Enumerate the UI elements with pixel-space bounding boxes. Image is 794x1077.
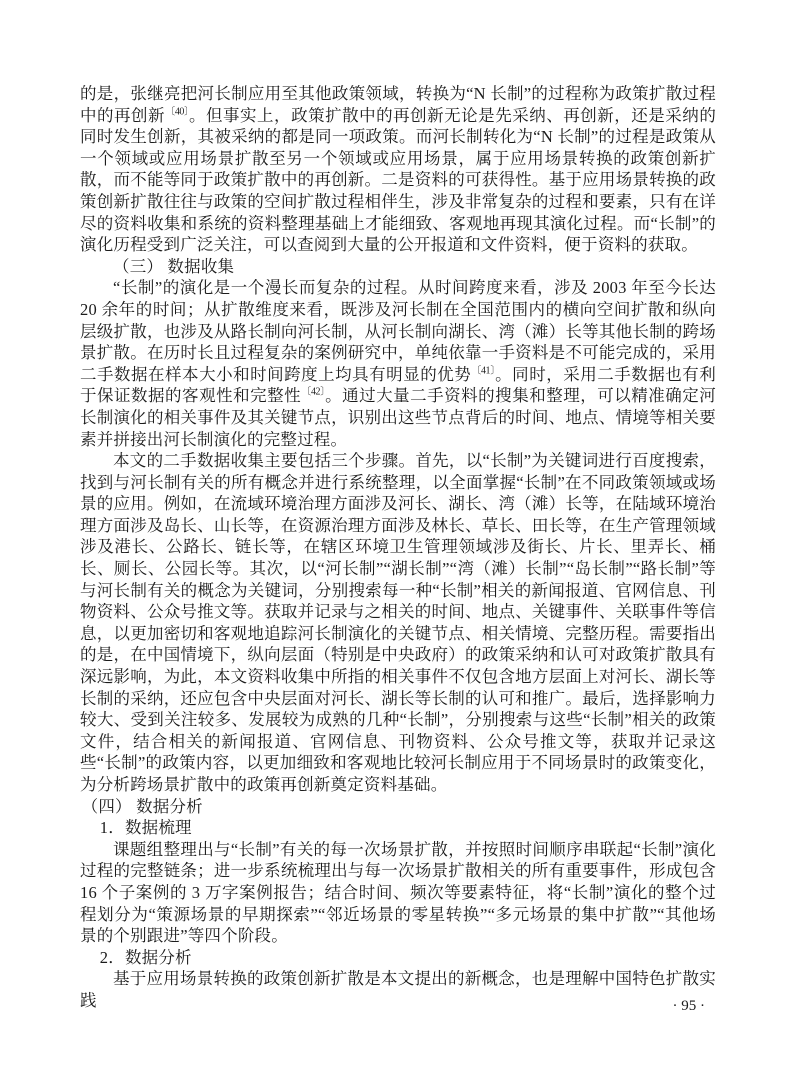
reference-superscript: 〔41〕 xyxy=(471,365,495,376)
subsection-heading-data-sorting: 1．数据梳理 xyxy=(80,817,716,839)
section-heading-data-analysis: （四） 数据分析 xyxy=(80,796,716,818)
text-column: 的是，张继亮把河长制应用至其他政策领域，转换为“N 长制”的过程称为政策扩散过程… xyxy=(80,83,716,1012)
paragraph-re-innovation-discussion: 的是，张继亮把河长制应用至其他政策领域，转换为“N 长制”的过程称为政策扩散过程… xyxy=(80,83,716,256)
document-page: 的是，张继亮把河长制应用至其他政策领域，转换为“N 长制”的过程称为政策扩散过程… xyxy=(0,0,794,1077)
page-number: · 95 · xyxy=(673,996,706,1016)
reference-superscript: 〔40〕 xyxy=(165,106,189,117)
paragraph-data-collection-steps: 本文的二手数据收集主要包括三个步骤。首先，以“长制”为关键词进行百度搜索，找到与… xyxy=(80,450,716,796)
paragraph-data-collection-overview: “长制”的演化是一个漫长而复杂的过程。从时间跨度来看，涉及 2003 年至今长达… xyxy=(80,277,716,450)
paragraph-data-analysis-intro: 基于应用场景转换的政策创新扩散是本文提出的新概念，也是理解中国特色扩散实践 xyxy=(80,968,716,1011)
subsection-heading-data-analysis-2: 2．数据分析 xyxy=(80,947,716,969)
paragraph-data-sorting: 课题组整理出与“长制”有关的每一次场景扩散，并按照时间顺序串联起“长制”演化过程… xyxy=(80,839,716,947)
section-heading-data-collection: （三） 数据收集 xyxy=(80,256,716,278)
reference-superscript: 〔42〕 xyxy=(301,387,325,398)
